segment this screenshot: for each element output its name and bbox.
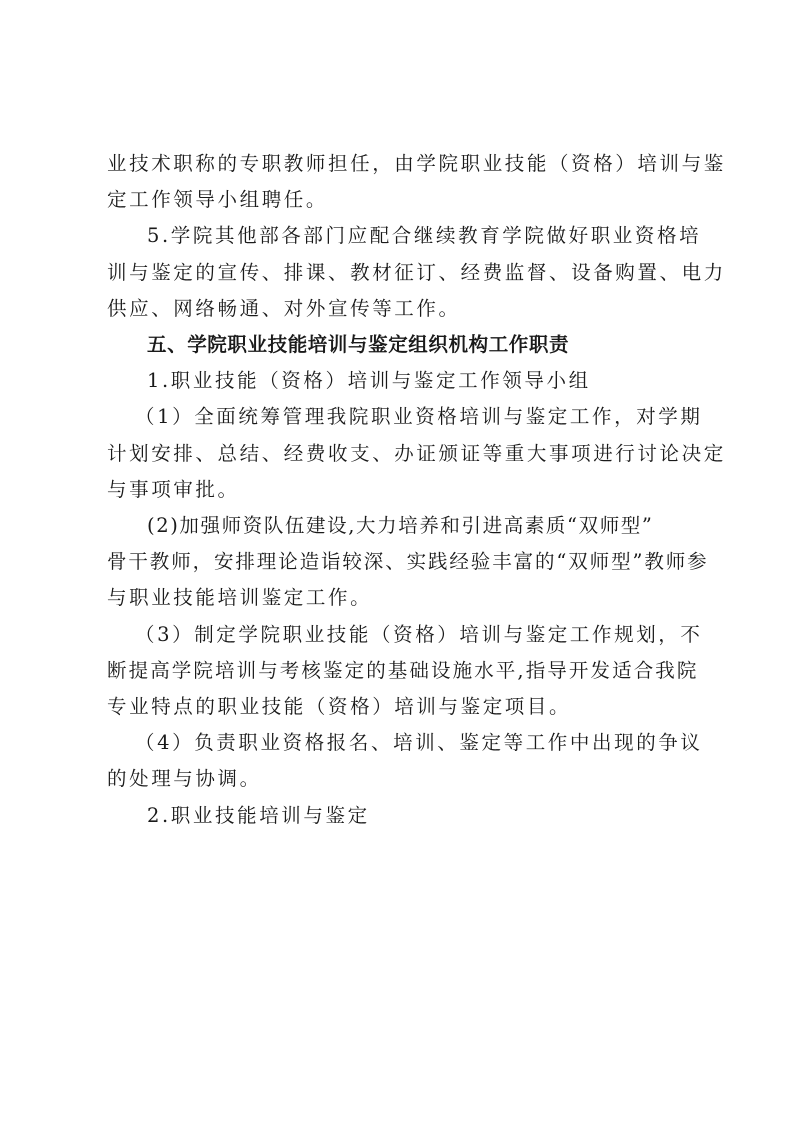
- text-line: 骨干教师，安排理论造诣较深、实践经验丰富的“双师型”教师参: [107, 544, 697, 580]
- text-line: 训与鉴定的宣传、排课、教材征订、经费监督、设备购置、电力: [107, 255, 697, 291]
- text-line: 5.学院其他部各部门应配合继续教育学院做好职业资格培: [107, 218, 697, 254]
- heading-text: 五、学院职业技能培训与鉴定组织机构工作职责: [107, 327, 697, 363]
- text-line: 的处理与协调。: [107, 761, 697, 797]
- paragraph-item-5: 5.学院其他部各部门应配合继续教育学院做好职业资格培 训与鉴定的宣传、排课、教材…: [107, 218, 697, 327]
- subsection-title-1: 1.职业技能（资格）培训与鉴定工作领导小组: [107, 363, 697, 399]
- text-line: 供应、网络畅通、对外宣传等工作。: [107, 291, 697, 327]
- text-line: 定工作领导小组聘任。: [107, 182, 697, 218]
- text-line: （3）制定学院职业技能（资格）培训与鉴定工作规划，不: [107, 617, 697, 653]
- text-line: 与事项审批。: [107, 472, 697, 508]
- text-line: 2.职业技能培训与鉴定: [107, 798, 697, 834]
- paragraph-item-3: （3）制定学院职业技能（资格）培训与鉴定工作规划，不 断提高学院培训与考核鉴定的…: [107, 617, 697, 726]
- paragraph-item-2: (2)加强师资队伍建设,大力培养和引进高素质“双师型” 骨干教师，安排理论造诣较…: [107, 508, 697, 617]
- subsection-title-2: 2.职业技能培训与鉴定: [107, 798, 697, 834]
- text-line: （1）全面统筹管理我院职业资格培训与鉴定工作，对学期: [107, 399, 697, 435]
- paragraph-continuation: 业技术职称的专职教师担任，由学院职业技能（资格）培训与鉴 定工作领导小组聘任。: [107, 146, 697, 218]
- document-page: 业技术职称的专职教师担任，由学院职业技能（资格）培训与鉴 定工作领导小组聘任。 …: [107, 146, 697, 834]
- text-line: （4）负责职业资格报名、培训、鉴定等工作中出现的争议: [107, 725, 697, 761]
- section-heading: 五、学院职业技能培训与鉴定组织机构工作职责: [107, 327, 697, 363]
- paragraph-item-4: （4）负责职业资格报名、培训、鉴定等工作中出现的争议 的处理与协调。: [107, 725, 697, 797]
- text-line: 与职业技能培训鉴定工作。: [107, 580, 697, 616]
- text-line: 1.职业技能（资格）培训与鉴定工作领导小组: [107, 363, 697, 399]
- paragraph-item-1: （1）全面统筹管理我院职业资格培训与鉴定工作，对学期 计划安排、总结、经费收支、…: [107, 399, 697, 508]
- text-line: 业技术职称的专职教师担任，由学院职业技能（资格）培训与鉴: [107, 146, 697, 182]
- text-line: 专业特点的职业技能（资格）培训与鉴定项目。: [107, 689, 697, 725]
- text-line: (2)加强师资队伍建设,大力培养和引进高素质“双师型”: [107, 508, 697, 544]
- text-line: 断提高学院培训与考核鉴定的基础设施水平,指导开发适合我院: [107, 653, 697, 689]
- text-line: 计划安排、总结、经费收支、办证颁证等重大事项进行讨论决定: [107, 436, 697, 472]
